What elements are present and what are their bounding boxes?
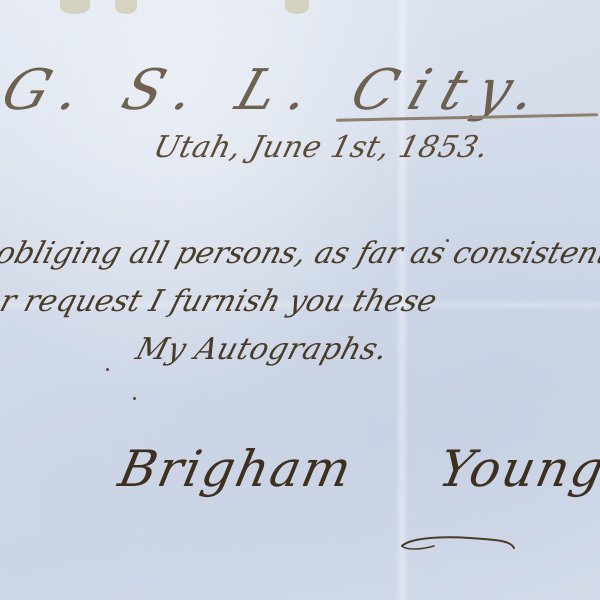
signature-first-name: Brigham bbox=[114, 440, 358, 498]
signature-flourish-icon bbox=[400, 532, 516, 554]
signature: Brigham Young bbox=[114, 440, 600, 498]
body-line-3: My Autographs. bbox=[132, 332, 392, 367]
place-heading: G. S. L. City. bbox=[0, 58, 559, 123]
date-line: Utah, June 1st, 1853. bbox=[150, 130, 492, 165]
body-line-1: obliging all persons, as far as consiste… bbox=[0, 236, 600, 271]
ink-dot bbox=[446, 239, 449, 242]
ink-dot bbox=[106, 368, 109, 371]
ink-dot bbox=[133, 397, 136, 400]
paper-stain bbox=[60, 0, 90, 14]
signature-last-name: Young bbox=[434, 440, 600, 498]
body-line-2: r request I furnish you these bbox=[0, 284, 441, 319]
paper-stain bbox=[115, 0, 137, 14]
paper-stain bbox=[285, 0, 309, 14]
